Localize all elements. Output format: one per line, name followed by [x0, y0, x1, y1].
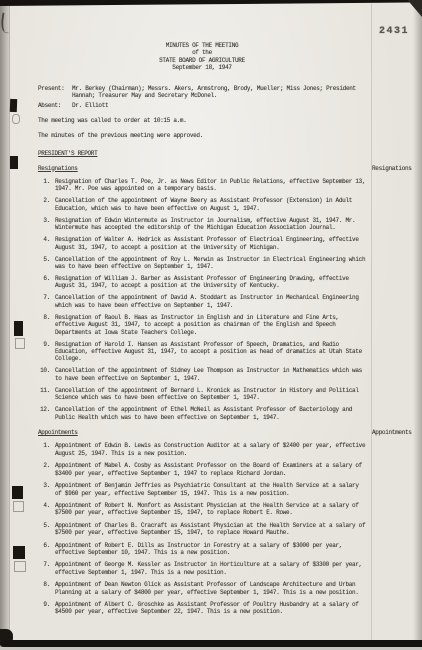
item-text: Resignation of Walter A. Hedrick as Assi…: [55, 236, 366, 251]
item-text: Resignation of Edwin Wintermute as Instr…: [55, 217, 366, 232]
item-number: 7.: [38, 294, 50, 309]
item-number: 9.: [38, 341, 50, 363]
section-items: 1.Resignation of Charles T. Poe, Jr. as …: [38, 178, 366, 421]
item-text: Resignation of Raoul B. Haas as Instruct…: [55, 314, 366, 336]
item-number: 9.: [38, 601, 50, 616]
item-number: 4.: [38, 502, 50, 517]
section-heading-row: Resignations Resignations: [38, 165, 366, 172]
item-text: Appointment of Robert E. Dills as Instru…: [55, 542, 366, 557]
ink-mark: [10, 99, 17, 112]
ink-mark: [15, 338, 25, 349]
header-date: September 18, 1947: [38, 64, 366, 71]
absent-label: Absent:: [38, 102, 72, 109]
item-text: Resignation of William J. Barber as Assi…: [55, 275, 366, 290]
item-text: Appointment of Dean Newton Glick as Assi…: [55, 581, 366, 596]
item-text: Cancellation of the appointment of Roy L…: [55, 256, 366, 271]
ink-mark: [14, 561, 26, 572]
list-item: 11.Cancellation of the appointment of Be…: [38, 387, 366, 402]
item-text: Cancellation of the appointment of Wayne…: [55, 197, 366, 212]
margin-note: Appointments: [372, 429, 412, 436]
report-heading: PRESIDENT'S REPORT: [38, 150, 366, 157]
header-org: STATE BOARD OF AGRICULTURE: [38, 57, 366, 64]
scan-top-edge: [0, 0, 422, 6]
item-text: Cancellation of the appointment of David…: [55, 294, 366, 309]
item-text: Cancellation of the appointment of Ethel…: [55, 406, 366, 421]
section-items: 1.Appointment of Edwin B. Lewis as Const…: [38, 442, 366, 615]
header-subtitle: of the: [38, 49, 366, 56]
ink-mark: [12, 114, 20, 124]
item-number: 7.: [38, 561, 50, 576]
ink-mark: [13, 546, 25, 559]
item-text: Appointment of Robert N. Monfort as Assi…: [55, 502, 366, 517]
list-item: 7.Appointment of George M. Kessler as In…: [38, 561, 366, 576]
item-number: 5.: [38, 522, 50, 537]
scan-bottom-edge: [0, 640, 422, 647]
scanned-page: 2431 MINUTES OF THE MEETING of the STATE…: [0, 0, 422, 650]
margin-note: Resignations: [372, 165, 412, 172]
list-item: 12.Cancellation of the appointment of Et…: [38, 406, 366, 421]
list-item: 9.Resignation of Harold I. Hansen as Ass…: [38, 341, 366, 363]
item-text: Appointment of Mabel A. Cosby as Assista…: [55, 462, 366, 477]
ink-mark: [12, 486, 23, 499]
present-row: Present: Mr. Berkey (Chairman); Messrs. …: [38, 85, 366, 100]
scan-left-edge: [0, 0, 10, 650]
item-number: 11.: [38, 387, 50, 402]
list-item: 6.Appointment of Robert E. Dills as Inst…: [38, 542, 366, 557]
scan-right-edge: [413, 0, 422, 650]
item-text: Cancellation of the appointment of Sidne…: [55, 367, 366, 382]
list-item: 3.Resignation of Edwin Wintermute as Ins…: [38, 217, 366, 232]
item-text: Appointment of George M. Kessler as Inst…: [55, 561, 366, 576]
item-number: 8.: [38, 581, 50, 596]
item-text: Resignation of Harold I. Hansen as Assis…: [55, 341, 366, 363]
list-item: 7.Cancellation of the appointment of Dav…: [38, 294, 366, 309]
item-number: 10.: [38, 367, 50, 382]
list-item: 5.Appointment of Charles B. Cracraft as …: [38, 522, 366, 537]
page-number: 2431: [379, 26, 409, 37]
item-number: 1.: [38, 178, 50, 193]
item-number: 6.: [38, 275, 50, 290]
item-text: Appointment of Edwin B. Lewis as Constru…: [55, 442, 366, 457]
item-text: Appointment of Albert C. Groschke as Ass…: [55, 601, 366, 616]
list-item: 8.Appointment of Dean Newton Glick as As…: [38, 581, 366, 596]
call-to-order-line: The meeting was called to order at 10:15…: [38, 117, 366, 124]
item-number: 2.: [38, 197, 50, 212]
list-item: 6.Resignation of William J. Barber as As…: [38, 275, 366, 290]
document-header: MINUTES OF THE MEETING of the STATE BOAR…: [38, 42, 366, 72]
report-section: Appointments Appointments 1.Appointment …: [38, 429, 366, 616]
absent-names: Dr. Elliott: [72, 102, 366, 109]
item-number: 8.: [38, 314, 50, 336]
header-title: MINUTES OF THE MEETING: [38, 42, 366, 49]
document-content: MINUTES OF THE MEETING of the STATE BOAR…: [38, 42, 366, 621]
section-heading: Appointments: [38, 429, 78, 436]
item-number: 2.: [38, 462, 50, 477]
present-names: Mr. Berkey (Chairman); Messrs. Akers, Ar…: [72, 85, 366, 100]
item-number: 3.: [38, 217, 50, 232]
list-item: 10.Cancellation of the appointment of Si…: [38, 367, 366, 382]
list-item: 4.Appointment of Robert N. Monfort as As…: [38, 502, 366, 517]
sections: Resignations Resignations 1.Resignation …: [38, 165, 366, 616]
item-number: 5.: [38, 256, 50, 271]
item-text: Resignation of Charles T. Poe, Jr. as Ne…: [55, 178, 366, 193]
list-item: 2.Cancellation of the appointment of Way…: [38, 197, 366, 212]
list-item: 1.Appointment of Edwin B. Lewis as Const…: [38, 442, 366, 457]
item-text: Cancellation of the appointment of Berna…: [55, 387, 366, 402]
list-item: 9.Appointment of Albert C. Groschke as A…: [38, 601, 366, 616]
section-heading-row: Appointments Appointments: [38, 429, 366, 436]
list-item: 1.Resignation of Charles T. Poe, Jr. as …: [38, 178, 366, 193]
item-text: Appointment of Charles B. Cracraft as As…: [55, 522, 366, 537]
ink-mark: [10, 156, 18, 169]
minutes-approved-line: The minutes of the previous meeting were…: [38, 132, 366, 139]
item-number: 3.: [38, 482, 50, 497]
item-text: Appointment of Benjamin Jeffries as Psyc…: [55, 482, 366, 497]
report-section: Resignations Resignations 1.Resignation …: [38, 165, 366, 422]
list-item: 2.Appointment of Mabel A. Cosby as Assis…: [38, 462, 366, 477]
item-number: 6.: [38, 542, 50, 557]
ink-mark: [14, 321, 23, 336]
ink-mark: [13, 501, 24, 512]
list-item: 8.Resignation of Raoul B. Haas as Instru…: [38, 314, 366, 336]
list-item: 4.Resignation of Walter A. Hedrick as As…: [38, 236, 366, 251]
absent-row: Absent: Dr. Elliott: [38, 102, 366, 109]
section-heading: Resignations: [38, 165, 78, 172]
present-label: Present:: [38, 85, 72, 100]
item-number: 1.: [38, 442, 50, 457]
list-item: 3.Appointment of Benjamin Jeffries as Ps…: [38, 482, 366, 497]
list-item: 5.Cancellation of the appointment of Roy…: [38, 256, 366, 271]
item-number: 12.: [38, 406, 50, 421]
page-fold-line: [371, 4, 372, 642]
item-number: 4.: [38, 236, 50, 251]
